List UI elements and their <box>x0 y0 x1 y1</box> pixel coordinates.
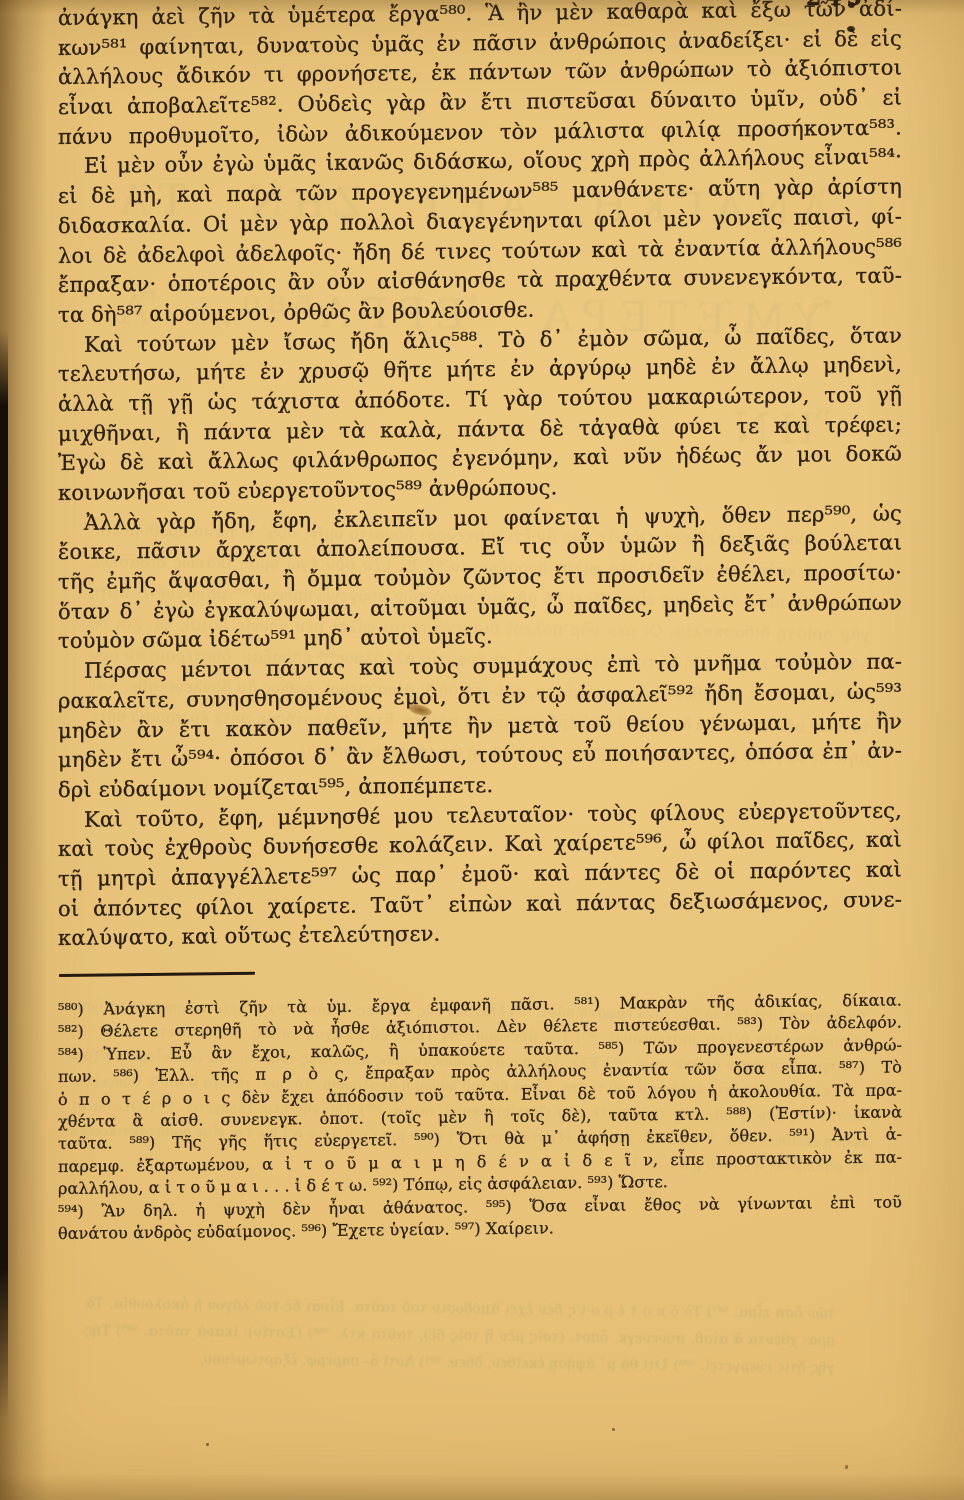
scan-edge-shadow <box>0 1474 964 1500</box>
paper-dot <box>612 1428 615 1431</box>
paper-dot <box>206 1443 209 1446</box>
bleedthrough-text: τῶν ὅσα εἶπα. ⁵⁸⁷) Τὸ ὁ π ο τ έ ρ ο ι ς … <box>85 1291 835 1419</box>
paper-dot <box>845 1465 848 1469</box>
footnotes-block: ⁵⁸⁰) Ἀνάγκη ἐστὶ ζῆν τὰ ὑμ. ἔργα ἐμφανῆ … <box>58 989 902 1245</box>
book-page-scan: ἈΝΆΓΚΗ ἈΕῚ ΖΗ͂Ν ΤᾺ ὙΜΈΤΕΡΑ ἜΡΓΑ⁵⁸⁰. Ἃ ἪΝ… <box>0 0 964 1500</box>
scan-edge-black <box>0 330 8 1420</box>
footnote-separator <box>59 972 255 977</box>
scan-edge-shadow <box>0 0 48 1500</box>
main-text-block: ἀνάγκη ἀεὶ ζῆν τὰ ὑμέτερα ἔργα⁵⁸⁰. Ἃ ἢν … <box>58 0 902 954</box>
page-content: ἀνάγκη ἀεὶ ζῆν τὰ ὑμέτερα ἔργα⁵⁸⁰. Ἃ ἢν … <box>58 0 902 1245</box>
